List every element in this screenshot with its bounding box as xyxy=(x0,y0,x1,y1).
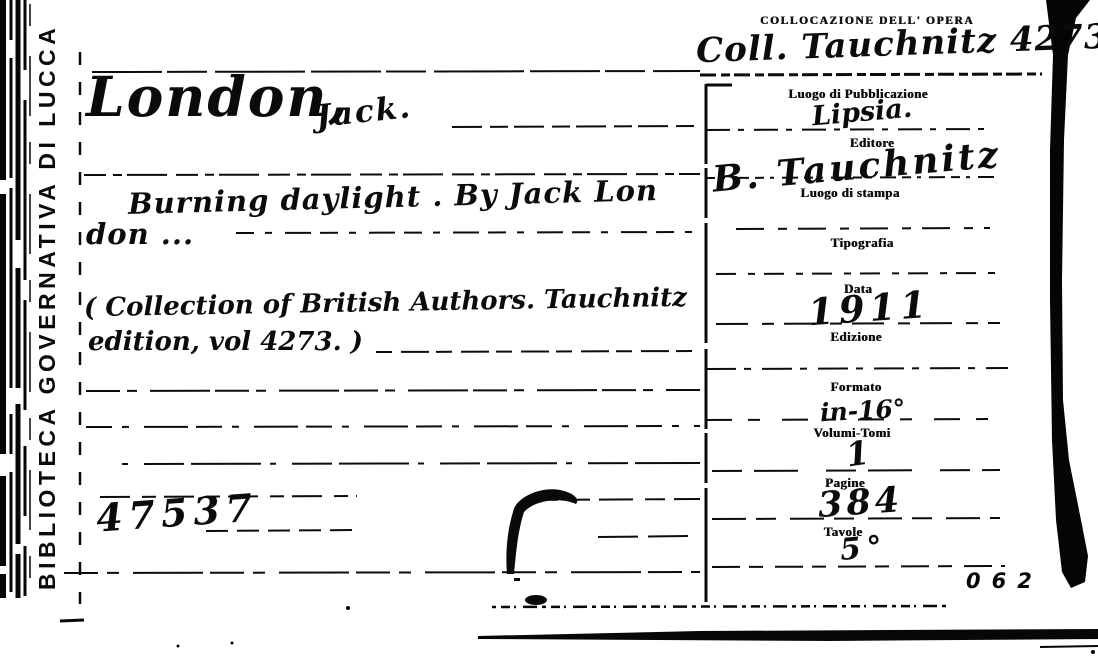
stamp-number: 062 xyxy=(966,569,1043,593)
ink-smudge xyxy=(506,489,577,605)
field-value-formato: in-16° xyxy=(819,394,906,427)
series-note-line-2: edition, vol 4273. ) xyxy=(88,327,363,357)
series-note-line-1: ( Collection of British Authors. Tauchni… xyxy=(84,283,687,324)
call-number-handwritten: Coll. Tauchnitz 4273 xyxy=(695,17,1098,71)
scan-streaks-left xyxy=(3,0,30,598)
title-line-1: Burning daylight . By Jack Lon xyxy=(128,173,659,221)
field-value-tavole: 5° xyxy=(839,529,890,568)
accession-number: 47537 xyxy=(95,484,260,540)
author-surname: London, xyxy=(86,64,350,129)
catalog-card-scan: BIBLIOTECA GOVERNATIVA DI LUCCA COLLOCAZ… xyxy=(0,0,1098,662)
field-value-pagine: 384 xyxy=(817,479,905,526)
field-label-formato: Formato xyxy=(830,379,881,395)
library-name-vertical: BIBLIOTECA GOVERNATIVA DI LUCCA xyxy=(34,24,61,590)
right-scan-border xyxy=(1046,0,1090,588)
field-label-tipografia: Tipografia xyxy=(831,235,894,251)
title-line-2: don ... xyxy=(86,217,194,251)
bottom-scan-marks xyxy=(60,606,1098,654)
field-value-data: 1911 xyxy=(807,282,933,334)
